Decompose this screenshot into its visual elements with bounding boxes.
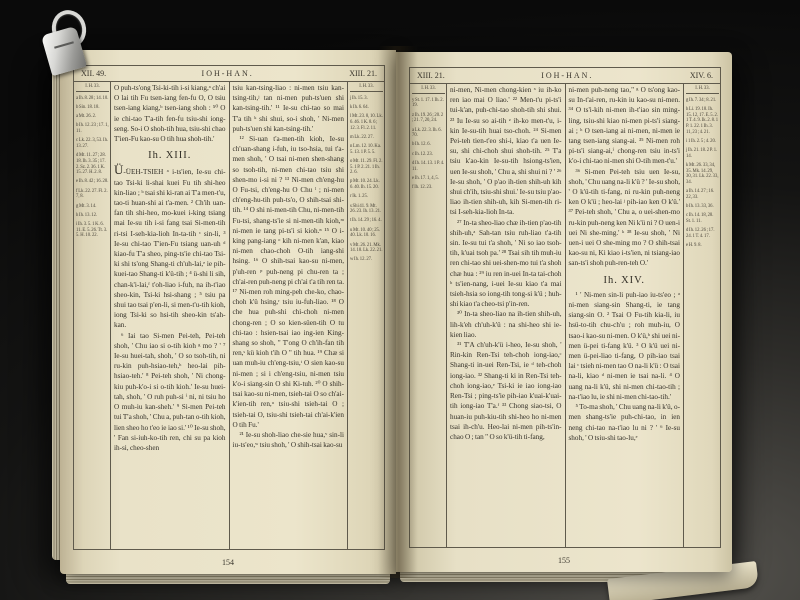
left-page-header: XII. 49. IOH-HAN. XIII. 21. xyxy=(74,66,384,82)
text-column: ni-men, Ni-men chong-kien ˣ iu ih-ko ren… xyxy=(447,84,565,547)
margin-note: I. H. 33. xyxy=(412,86,445,94)
margin-note: c Ih. 14. 18, 28. St. 1. 11. xyxy=(686,213,719,224)
paragraph: ³⁶ Si-men Pei-teh tsiu uen Ie-su, shoh, … xyxy=(569,167,681,269)
margin-note: e Ih. 17. 1, 4, 5. xyxy=(412,176,445,182)
margin-note: e Ih. 8. 42 ; 16. 28. xyxy=(76,179,109,185)
header-chapter-verse-left: XIII. 21. xyxy=(417,71,445,80)
paragraph: Ü-ÜEH-TSIEH ᵃ i-ts'ien, Ie-su chi-tao Ts… xyxy=(114,165,226,330)
margin-note: a Ih. 8. 28 ; 14. 10. xyxy=(76,96,109,102)
margin-note: b Ih. 13. 33, 36. xyxy=(686,204,719,210)
margin-note: j Ih. 15. 3. xyxy=(350,96,383,102)
right-page-header: XIII. 21. IOH-HAN. XIV. 6. xyxy=(410,68,720,84)
margin-note: I. H. 33. xyxy=(686,86,719,94)
margin-note: b Sin. 18. 18. xyxy=(76,105,109,111)
paragraph: ¹ ' Ni-men sin-li puh-iao iu-ts'eo ; ᵃ n… xyxy=(569,290,681,402)
open-book: XII. 49. IOH-HAN. XIII. 21. I. H. 33.a I… xyxy=(48,42,740,587)
margin-note: n Lm. 12. 10. Ka. 5. 13. 1 P. 5. 5. xyxy=(350,144,383,155)
margin-note: z Ih. 19. 26 ; 20. 2 ; 21. 7, 20, 24. xyxy=(412,113,445,124)
margin-note: I. H. 33. xyxy=(76,84,109,92)
margin-note: g Ih. 7. 34 ; 8. 21. xyxy=(686,98,719,104)
margin-note: h Ih. 13. 12. xyxy=(76,213,109,219)
margin-note: i Ih. 3. 5. 1 K. 6. 11. E. 5. 26. Tt. 3.… xyxy=(76,222,109,239)
margin-notes-column: I. H. 33.j Ih. 15. 3.k Ih. 6. 64.l Mt. 2… xyxy=(348,82,384,549)
left-page-text-frame: XII. 49. IOH-HAN. XIII. 21. I. H. 33.a I… xyxy=(73,65,385,550)
margin-note: p Mt. 10. 24. Lk. 6. 40. Ih. 15. 20. xyxy=(350,179,383,190)
margin-note: b Ih. 12. 23 ; 17. 1, 11. xyxy=(76,123,109,134)
margin-note: c Ih. 12. 23. xyxy=(412,152,445,158)
margin-note: g Mt. 3. 14. xyxy=(76,204,109,210)
running-title: IOH-HAN. xyxy=(202,69,254,78)
header-chapter-verse-right: XIII. 21. xyxy=(349,69,377,78)
margin-note: d Ih. 14. 13. 1 P. 4. 11. xyxy=(412,161,445,172)
margin-note: w Ih. 12. 27. xyxy=(350,257,383,263)
margin-note: k Ih. 6. 64. xyxy=(350,105,383,111)
margin-note: h Li. 19. 18. Ih. 15. 12, 17. E. 5. 2. 1… xyxy=(686,107,719,136)
paragraph: ³¹ T'A ch'uh-k'ü i-heo, Ie-su shoh, ' Ri… xyxy=(450,340,562,442)
margin-note: d Ih. 12. 26 ; 17. 24. 1 T. 4. 17. xyxy=(686,228,719,239)
margin-note: i 1 Ih. 2. 5 ; 4. 20. xyxy=(686,139,719,145)
text-column: tsiu kan-tsing-liao : ni-men tsiu kan-ts… xyxy=(230,82,348,549)
margin-note: j Ih. 21. 18. 2 P. 1. 14. xyxy=(686,148,719,159)
text-column: ni-men puh-neng tao," ᵍ O ts'ong kao-su … xyxy=(566,84,684,547)
margin-note: a Mt. 26. 2. xyxy=(76,114,109,120)
margin-note: I. H. 33. xyxy=(350,84,383,92)
photo-background: XII. 49. IOH-HAN. XIII. 21. I. H. 33.a I… xyxy=(0,0,800,600)
paragraph: O puh-ts'ong Tsi-ki-tih i-si kiang,ᵃ ch'… xyxy=(114,83,226,144)
paragraph: tsiu kan-tsing-liao : ni-men tsiu kan-ts… xyxy=(233,83,345,134)
margin-note: f Ih. 12. 23. xyxy=(412,185,445,191)
header-chapter-verse-right: XIV. 6. xyxy=(690,71,713,80)
margin-note: u Mt. 10. 40 ; 25. 40. Lk. 10. 16. xyxy=(350,228,383,239)
running-title: IOH-HAN. xyxy=(541,71,593,80)
margin-note: y St. 1. 17. 1 Ih. 2. 19. xyxy=(412,98,445,109)
page-number: 155 xyxy=(396,556,732,565)
margin-note: t Ih. 14. 29 ; 16. 4. xyxy=(350,218,383,224)
margin-note: d Mt. 11. 27 ; 28. 18. Ih. 3. 35 ; 17. 2… xyxy=(76,153,109,176)
margin-note: e H. 9. 8. xyxy=(686,243,719,249)
chapter-heading: Ih. XIII. xyxy=(114,151,226,161)
margin-note: f Lk. 22. 27. Fl. 2. 7, 8. xyxy=(76,189,109,200)
left-page-columns: I. H. 33.a Ih. 8. 28 ; 14. 10.b Sin. 18.… xyxy=(74,82,384,549)
margin-note: l Mt. 23. 8, 10. Lk. 6. 46. 1 K. 8. 6 ; … xyxy=(350,114,383,131)
page-number: 154 xyxy=(60,558,396,567)
margin-note: c Lk. 22. 3, 53. Ih. 13. 27. xyxy=(76,138,109,149)
paragraph: ⁵ To-ma shoh, ' Chu uang na-li k'ü, o-me… xyxy=(569,402,681,443)
left-page: XII. 49. IOH-HAN. XIII. 21. I. H. 33.a I… xyxy=(60,50,396,574)
paragraph: ³⁰ In-ta sheo-liao na ih-tien shih-uh, l… xyxy=(450,309,562,340)
margin-note: o Mt. 11. 29. Fl. 2. 5. 1 P. 2. 21. 1 Ih… xyxy=(350,159,383,176)
paragraph: ni-men, Ni-men chong-kien ˣ iu ih-ko ren… xyxy=(450,85,562,218)
margin-note: a Lk. 22. 3. Ih. 6. 70. xyxy=(412,128,445,139)
paragraph: ni-men puh-neng tao," ᵍ O ts'ong kao-su … xyxy=(569,85,681,167)
margin-note: k Mt. 26. 33, 34, 35. Mk. 14. 29, 30, 31… xyxy=(686,163,719,186)
paragraph: ²¹ Ie-su shoh-liao che-sie hua,ᵛ sin-li … xyxy=(233,430,345,450)
right-page-text-frame: XIII. 21. IOH-HAN. XIV. 6. I. H. 33.y St… xyxy=(409,67,721,548)
paragraph: ⁶ Iai tao Si-men Pei-teh, Pei-teh shoh, … xyxy=(114,331,226,453)
paragraph: ²⁷ In-ta sheo-liao chæ ih-tien p'ao-tih … xyxy=(450,218,562,310)
margin-note: v Mt. 26. 21. Mk. 14. 18. Lk. 22. 21. xyxy=(350,243,383,254)
right-page-columns: I. H. 33.y St. 1. 17. 1 Ih. 2. 19.z Ih. … xyxy=(410,84,720,547)
text-column: O puh-ts'ong Tsi-ki-tih i-si kiang,ᵃ ch'… xyxy=(111,82,229,549)
margin-note: r Ik. 1. 25. xyxy=(350,194,383,200)
paragraph: ¹² Si-uan t'a-men-tih kioh, Ie-su ch'uan… xyxy=(233,134,345,430)
margin-notes-column: I. H. 33.a Ih. 8. 28 ; 14. 10.b Sin. 18.… xyxy=(74,82,110,549)
margin-note: s Shi 41. 9. Mt. 26. 23. Ih. 13. 21. xyxy=(350,204,383,215)
margin-note: a Ih. 14. 27 ; 16. 22, 33. xyxy=(686,189,719,200)
right-page: XIII. 21. IOH-HAN. XIV. 6. I. H. 33.y St… xyxy=(396,52,732,572)
margin-note: b Ih. 12. 6. xyxy=(412,142,445,148)
paper-clip xyxy=(38,10,108,80)
chapter-heading: Ih. XIV. xyxy=(569,276,681,286)
margin-notes-column: I. H. 33.g Ih. 7. 34 ; 8. 21.h Li. 19. 1… xyxy=(684,84,720,547)
margin-notes-column: I. H. 33.y St. 1. 17. 1 Ih. 2. 19.z Ih. … xyxy=(410,84,446,547)
margin-note: m Lk. 22. 27. xyxy=(350,135,383,141)
